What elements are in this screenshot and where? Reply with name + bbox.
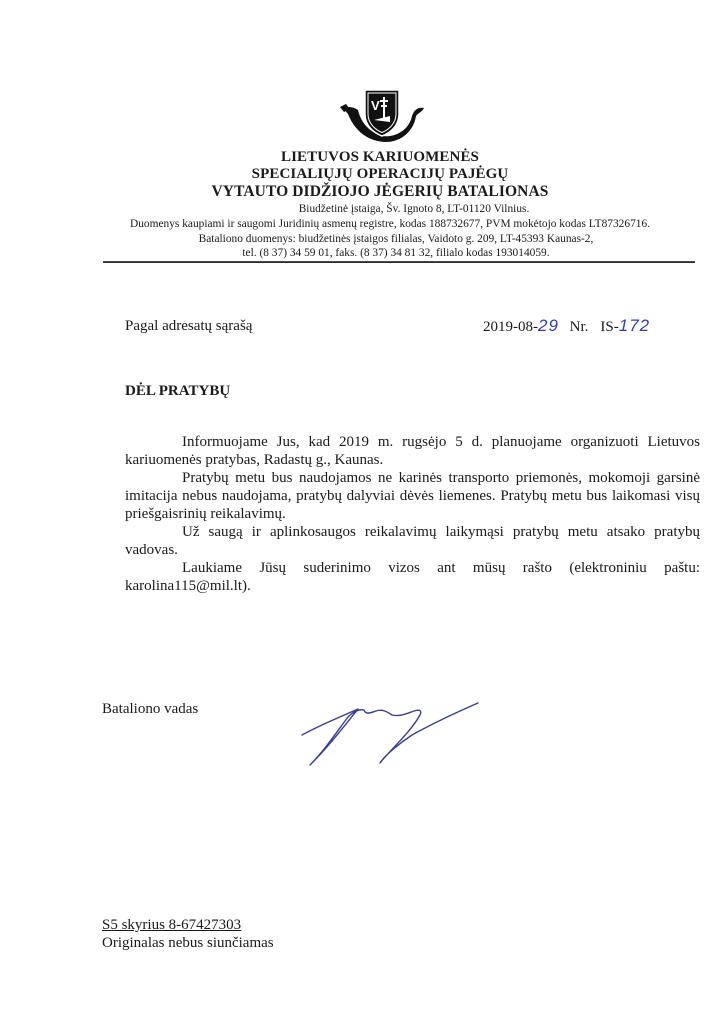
date-prefix: 2019-08-	[483, 319, 538, 335]
org-address: Biudžetinė įstaiga, Šv. Ignoto 8, LT-011…	[52, 202, 724, 216]
body-paragraph-1: Informuojame Jus, kad 2019 m. rugsėjo 5 …	[125, 433, 700, 469]
recipient: Pagal adresatų sąrašą	[125, 317, 252, 335]
date-day-handwritten: 29	[538, 316, 559, 335]
body-paragraph-4: Laukiame Jūsų suderinimo vizos ant mūsų …	[125, 559, 700, 595]
number-handwritten: 172	[619, 316, 650, 335]
body-paragraph-2: Pratybų metu bus naudojamos ne karinės t…	[125, 469, 700, 523]
battalion-address: Bataliono duomenys: biudžetinės įstaigos…	[34, 232, 724, 246]
battalion-contacts: tel. (8 37) 34 59 01, faks. (8 37) 34 81…	[34, 246, 724, 260]
signatory-title: Bataliono vadas	[102, 700, 198, 718]
nr-label: Nr.	[570, 319, 589, 335]
org-name-line-3: VYTAUTO DIDŽIOJO JĖGERIŲ BATALIONAS	[18, 183, 724, 200]
letter-body: Informuojame Jus, kad 2019 m. rugsėjo 5 …	[125, 433, 700, 595]
number-prefix: IS-	[600, 319, 618, 335]
org-name-line-2: SPECIALIŲJŲ OPERACIJŲ PAJĖGŲ	[18, 166, 724, 183]
signature-icon	[290, 695, 480, 770]
body-paragraph-3: Už saugą ir aplinkosaugos reikalavimų la…	[125, 523, 700, 559]
emblem-icon: V	[338, 88, 424, 144]
svg-text:V: V	[371, 98, 380, 113]
document-date-number: 2019-08-29 Nr.IS-172	[483, 317, 650, 336]
subject-heading: DĖL PRATYBŲ	[125, 383, 230, 400]
original-note: Originalas nebus siunčiamas	[102, 934, 274, 952]
org-registry-info: Duomenys kaupiami ir saugomi Juridinių a…	[28, 217, 724, 231]
org-name-line-1: LIETUVOS KARIUOMENĖS	[18, 149, 724, 166]
contact-department: S5 skyrius 8-67427303	[102, 916, 241, 934]
header-divider	[103, 261, 695, 263]
